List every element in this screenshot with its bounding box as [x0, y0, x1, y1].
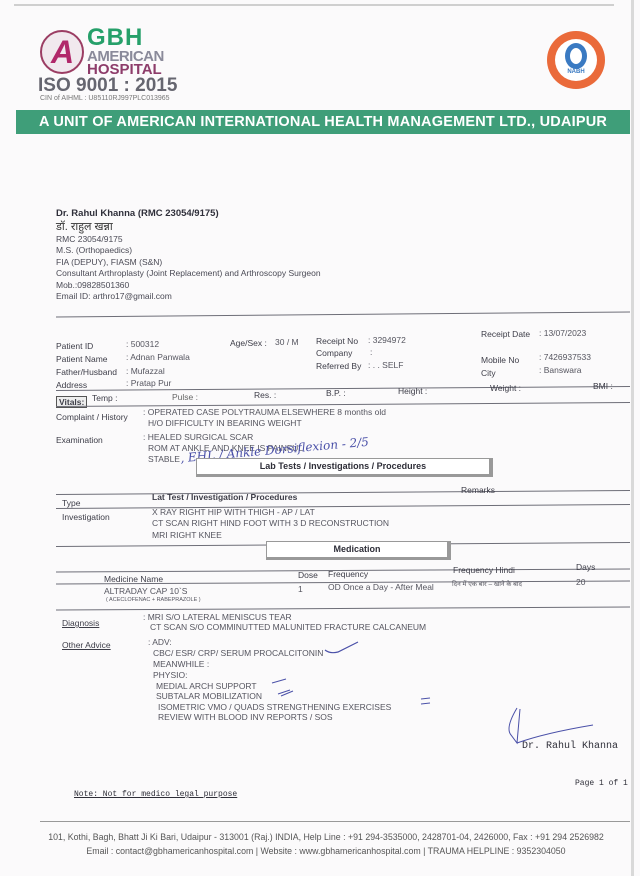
advice-line: CBC/ ESR/ CRP/ SERUM PROCALCITONIN — [153, 648, 323, 658]
footer: 101, Kothi, Bagh, Bhatt Ji Ki Bari, Udai… — [20, 830, 632, 858]
medicine-frequency: OD Once a Day - After Meal — [328, 582, 434, 592]
advice-line: PHYSIO: — [153, 670, 187, 680]
tick-mark-icon — [276, 686, 296, 698]
father-label: Father/Husband — [56, 367, 117, 377]
medicine-frequency-hindi: दिन में एक बार – खाने के बाद — [452, 579, 522, 588]
referred-by: : . . SELF — [368, 360, 403, 370]
medicine-name: ALTRADAY CAP 10`S — [104, 586, 187, 596]
height-label: Height : — [398, 386, 427, 396]
signature-name: Dr. Rahul Khanna — [522, 741, 618, 752]
divider — [56, 311, 630, 317]
examination-line: STABLE — [148, 454, 180, 464]
patient-name-label: Patient Name — [56, 354, 108, 364]
receipt-date-label: Receipt Date — [481, 329, 530, 339]
examination-label: Examination — [56, 435, 103, 445]
footer-divider — [40, 821, 630, 822]
receipt-no: : 3294972 — [368, 335, 406, 345]
nabh-label: NABH — [555, 69, 597, 75]
advice-line: MEDIAL ARCH SUPPORT — [156, 681, 257, 691]
company: : — [370, 347, 372, 357]
divider — [56, 504, 630, 509]
footer-address: 101, Kothi, Bagh, Bhatt Ji Ki Bari, Udai… — [20, 830, 632, 844]
examination-line: : HEALED SURGICAL SCAR — [143, 432, 253, 442]
company-label: Company — [316, 348, 352, 358]
father-name: : Mufazzal — [126, 366, 165, 376]
med-col-frequency: Frequency — [328, 569, 368, 579]
legal-note: Note: Not for medico legal purpose — [74, 790, 237, 799]
address: : Pratap Pur — [126, 378, 171, 388]
header-banner: A UNIT OF AMERICAN INTERNATIONAL HEALTH … — [16, 110, 630, 134]
other-advice-label: Other Advice — [62, 640, 111, 650]
diagnosis-line: : MRI S/O LATERAL MENISCUS TEAR — [143, 612, 292, 622]
temp-label: Temp : — [92, 393, 118, 403]
footer-contact: Email : contact@gbhamericanhospital.com … — [20, 844, 632, 858]
cin-number: CIN of AIHML : U85110RJ997PLC013965 — [40, 95, 170, 102]
city-label: City — [481, 368, 496, 378]
patient-name: : Adnan Panwala — [126, 352, 190, 362]
complaint-label: Complaint / History — [56, 412, 128, 422]
medicine-days: 20 — [576, 577, 585, 587]
tick-mark-icon — [418, 696, 434, 708]
doctor-mobile: Mob.:09828501360 — [56, 280, 321, 291]
bmi-label: BMI : — [593, 381, 613, 391]
checkmark-icon — [320, 638, 390, 660]
divider — [56, 606, 630, 610]
lab-col-type: Type — [62, 498, 80, 508]
top-border — [14, 4, 614, 6]
agesex-label: Age/Sex : — [230, 338, 267, 348]
weight-label: Weight : — [490, 383, 521, 393]
med-col-dose: Dose — [298, 570, 318, 580]
lab-test: CT SCAN RIGHT HIND FOOT WITH 3 D RECONST… — [152, 518, 389, 528]
pulse-label: Pulse : — [172, 392, 198, 402]
page-edge — [631, 0, 634, 876]
mobile-label: Mobile No — [481, 355, 519, 365]
doctor-name: Dr. Rahul Khanna (RMC 23054/9175) — [56, 208, 321, 220]
lab-section-title: Lab Tests / Investigations / Procedures — [196, 458, 493, 477]
agesex: 30 / M — [275, 337, 299, 347]
med-col-frequency-hindi: Frequency Hindi — [453, 565, 515, 575]
logo-brand: GBH — [87, 26, 143, 50]
complaint-line: H/O DIFFICULTY IN BEARING WEIGHT — [148, 418, 302, 428]
doctor-reg: RMC 23054/9175 — [56, 234, 321, 245]
diagnosis-label: Diagnosis — [62, 618, 99, 628]
nabh-badge-icon: NABH — [547, 31, 605, 89]
bp-label: B.P. : — [326, 388, 346, 398]
medication-section-title: Medication — [266, 541, 451, 560]
lab-type: Investigation — [62, 512, 110, 522]
doctor-email: Email ID: arthro17@gmail.com — [56, 291, 321, 302]
divider — [56, 490, 630, 495]
res-label: Res. : — [254, 390, 276, 400]
logo-mark: A — [51, 35, 74, 69]
hospital-logo-icon: A — [40, 30, 84, 74]
mobile-no: : 7426937533 — [539, 352, 591, 362]
doctor-degree: M.S. (Orthopaedics) — [56, 245, 321, 256]
advice-line: ISOMETRIC VMO / QUADS STRENGTHENING EXER… — [158, 702, 391, 712]
lab-test: MRI RIGHT KNEE — [152, 530, 222, 540]
med-col-days: Days — [576, 562, 595, 572]
city: : Banswara — [539, 365, 582, 375]
receipt-label: Receipt No — [316, 336, 358, 346]
vitals-row: Vitals: — [56, 392, 87, 410]
advice-line: SUBTALAR MOBILIZATION — [156, 691, 262, 701]
medicine-composition: ( ACECLOFENAC + RABEPRAZOLE ) — [106, 597, 201, 603]
doctor-fellowship: FIA (DEPUY), FIASM (S&N) — [56, 257, 321, 268]
advice-line: REVIEW WITH BLOOD INV REPORTS / SOS — [158, 712, 333, 722]
receipt-date: : 13/07/2023 — [539, 328, 586, 338]
complaint-line: : OPERATED CASE POLYTRAUMA ELSEWHERE 8 m… — [143, 407, 386, 417]
lab-test: X RAY RIGHT HIP WITH THIGH - AP / LAT — [152, 507, 315, 517]
iso-certification: ISO 9001 : 2015 — [38, 76, 177, 96]
doctor-title: Consultant Arthroplasty (Joint Replaceme… — [56, 268, 321, 279]
doctor-name-hindi: डॉ. राहुल खन्ना — [56, 220, 321, 234]
advice-line: MEANWHILE : — [153, 659, 209, 669]
patient-id: : 500312 — [126, 339, 159, 349]
lab-col-remarks: Remarks — [461, 485, 495, 495]
advice-line: : ADV: — [148, 637, 172, 647]
referred-label: Referred By — [316, 361, 361, 371]
lab-col-test: Lat Test / Investigation / Procedures — [152, 492, 297, 502]
diagnosis-line: CT SCAN S/O COMMINUTTED MALUNITED FRACTU… — [150, 622, 426, 632]
page-number: Page 1 of 1 — [575, 779, 628, 788]
medicine-dose: 1 — [298, 584, 303, 594]
address-label: Address — [56, 380, 87, 390]
tick-mark-icon — [270, 676, 290, 686]
patient-id-label: Patient ID — [56, 341, 93, 351]
doctor-info: Dr. Rahul Khanna (RMC 23054/9175) डॉ. रा… — [56, 208, 321, 302]
